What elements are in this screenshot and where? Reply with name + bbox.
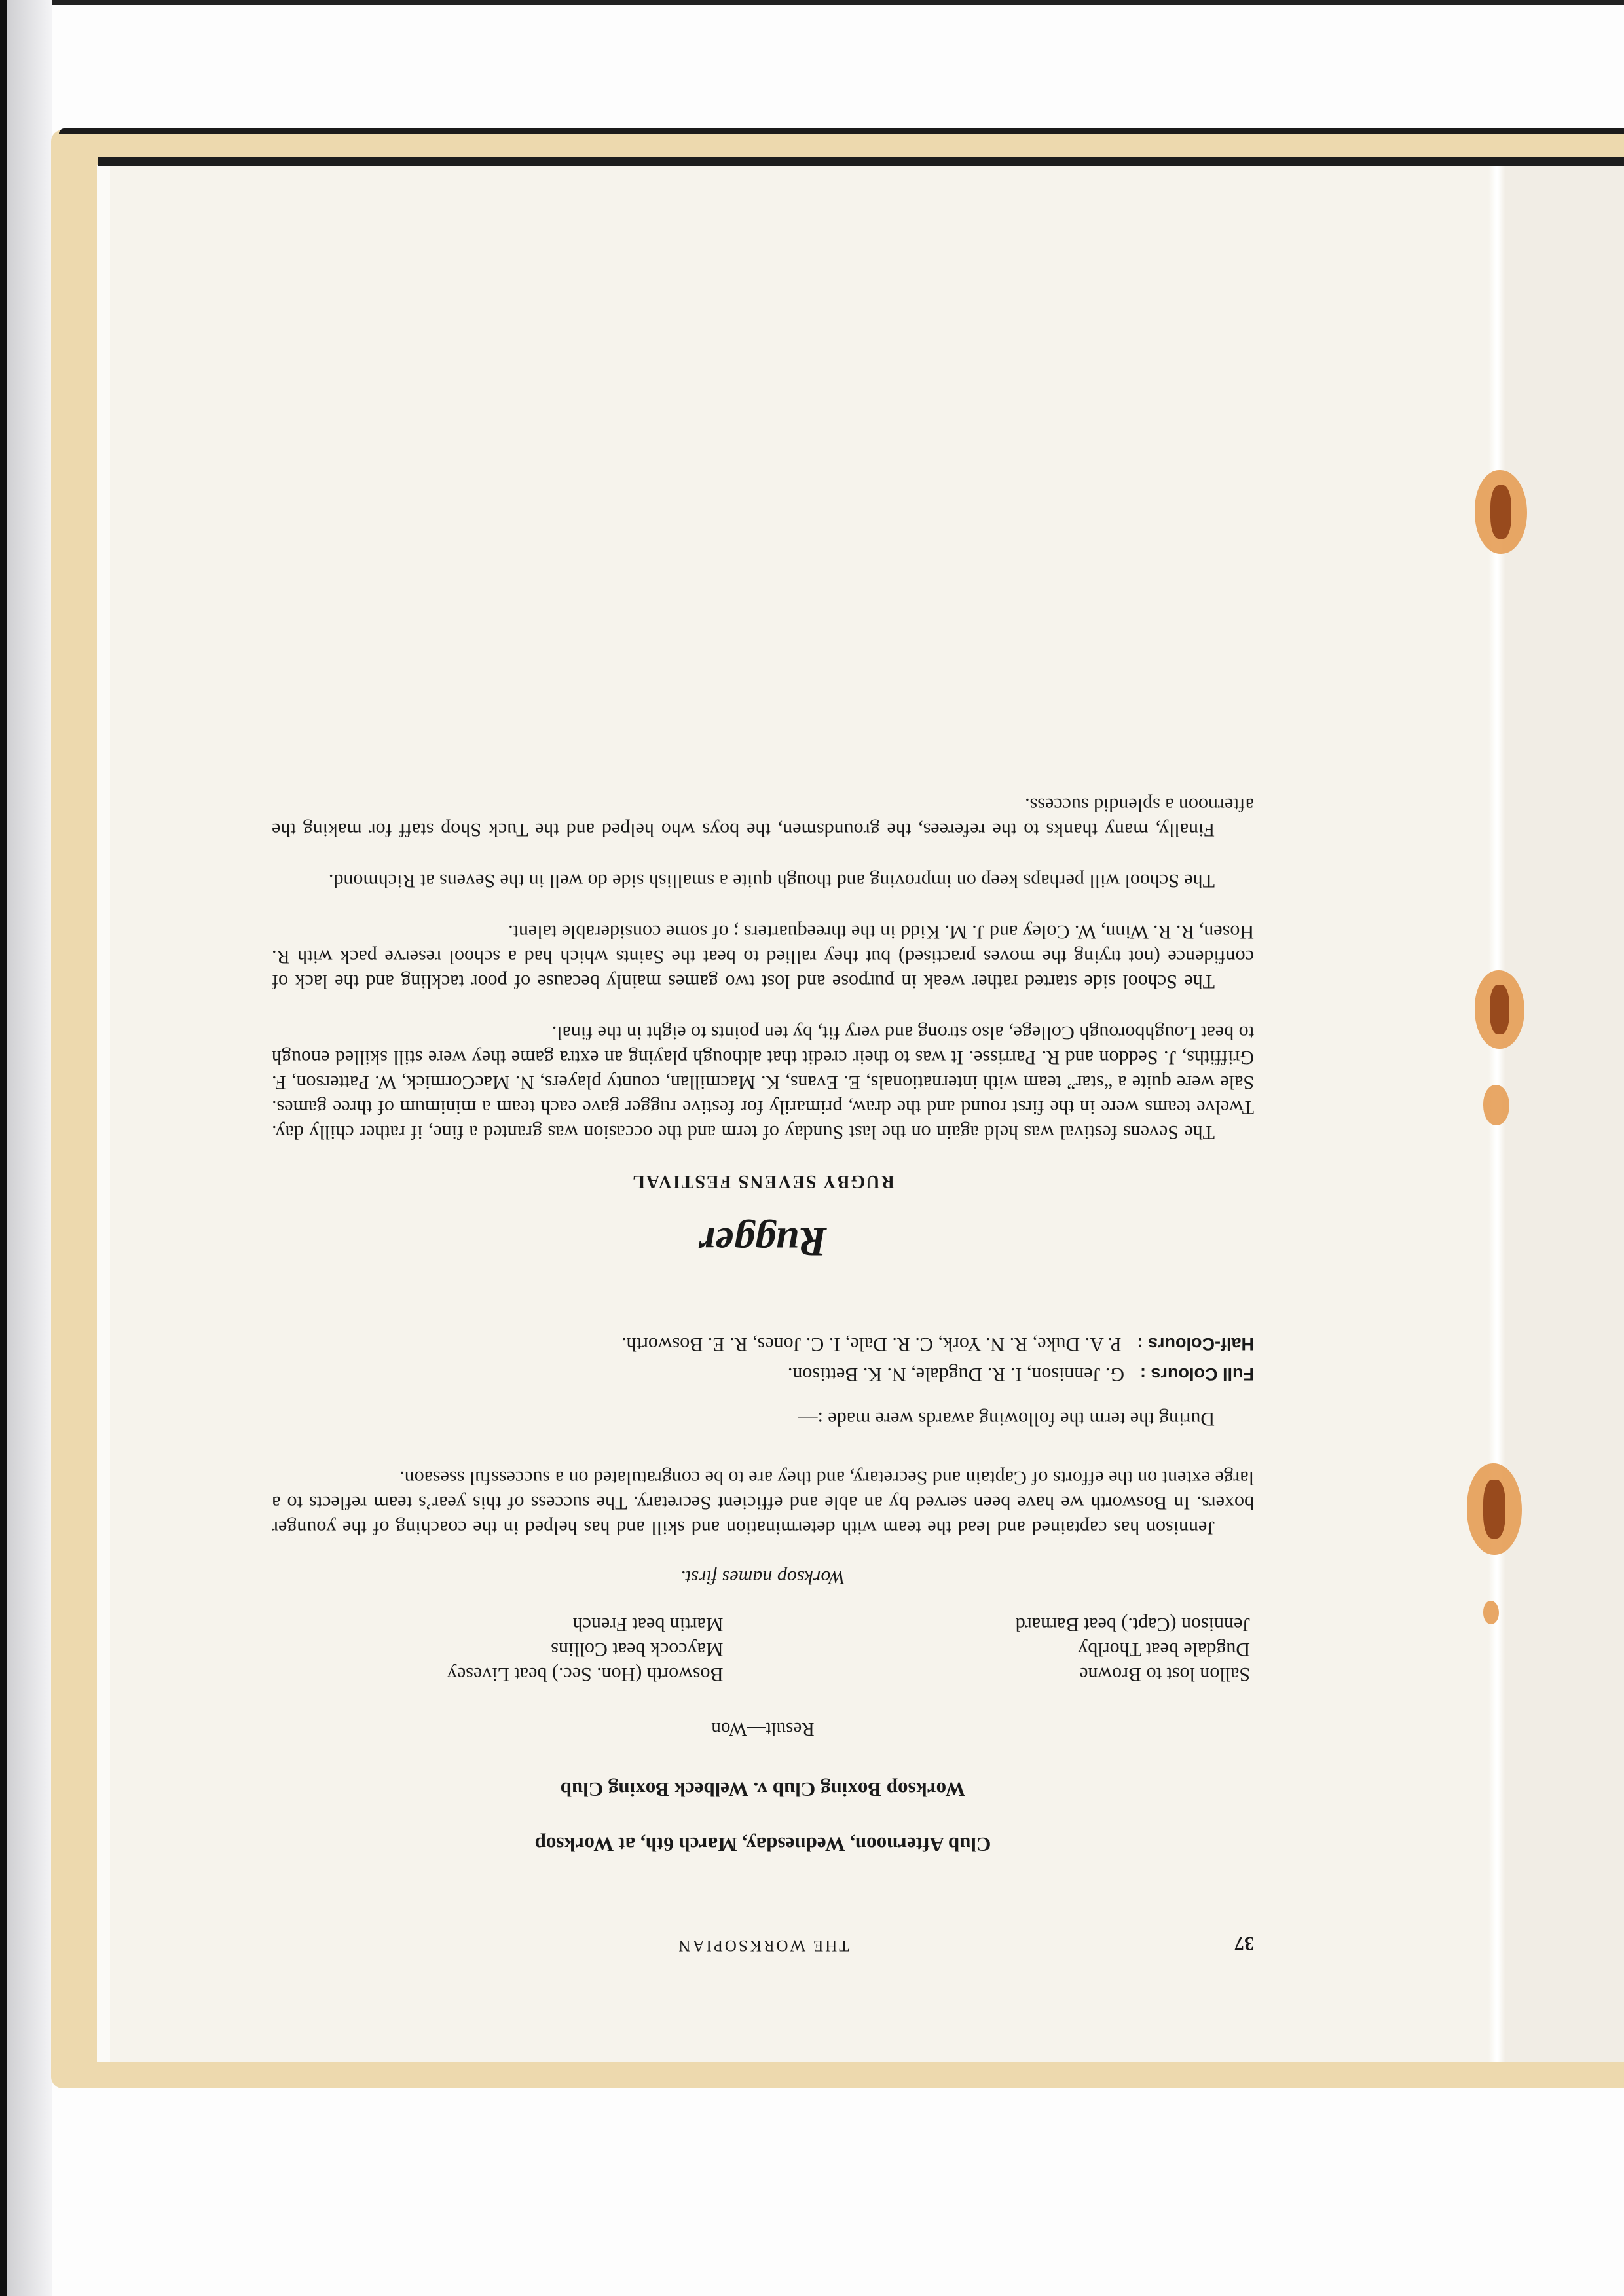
bout-column-right: Bosworth (Hon. Sec.) beat Livesey Maycoc…	[272, 1612, 799, 1686]
bout-result: Maycock beat Collins	[272, 1637, 724, 1662]
facing-page	[1505, 165, 1624, 2062]
page-content-rotated: THE WORKSOPIAN 37 Club Afternoon, Wednes…	[98, 164, 1382, 2062]
bout-result: Bosworth (Hon. Sec.) beat Livesey	[272, 1662, 724, 1686]
boxing-heading: Club Afternoon, Wednesday, March 6th, at…	[272, 1832, 1254, 1856]
award-names: G. Jennison, I. R. Dugdale, N. K. Bettis…	[788, 1362, 1124, 1387]
boxing-note: Worksop names first.	[272, 1566, 1254, 1588]
rust-stain	[1467, 1463, 1522, 1555]
bout-results: Sallon lost to Browne Dugdale beat Thorl…	[272, 1612, 1254, 1686]
bout-result: Sallon lost to Browne	[799, 1662, 1251, 1686]
rugger-paragraph: The School side started rather weak in p…	[272, 919, 1254, 994]
scan-edge	[0, 0, 1624, 5]
award-half-colours: Half-Colours : P. A. Duke, R. N. York, C…	[272, 1332, 1254, 1357]
bout-column-left: Sallon lost to Browne Dugdale beat Thorl…	[799, 1612, 1255, 1686]
boxing-paragraph: Jennison has captained and lead the team…	[272, 1465, 1254, 1540]
scanner-shadow	[7, 0, 52, 2296]
rust-stain	[1483, 1085, 1509, 1125]
rust-stain	[1475, 970, 1524, 1049]
boxing-result: Result—Won	[272, 1718, 1254, 1740]
book-edge-shadow	[59, 128, 1624, 134]
rust-stain	[1475, 470, 1527, 554]
award-label: Half-Colours :	[1137, 1332, 1255, 1357]
page-number: 37	[1234, 1932, 1254, 1954]
rust-stain	[1483, 1601, 1499, 1624]
running-head: THE WORKSOPIAN 37	[272, 1928, 1254, 1954]
award-names: P. A. Duke, R. N. York, C. R. Dale, I. C…	[621, 1332, 1121, 1357]
bout-result: Martin beat French	[272, 1612, 724, 1637]
rugger-title: Rugger	[272, 1218, 1254, 1266]
rugger-subtitle: RUGBY SEVENS FESTIVAL	[272, 1171, 1254, 1192]
bout-result: Jennison (Capt.) beat Barnard	[799, 1612, 1251, 1637]
awards-intro: During the term the following awards wer…	[272, 1406, 1254, 1431]
rugger-paragraph: The School will perhaps keep on improvin…	[272, 868, 1254, 893]
running-head-title: THE WORKSOPIAN	[676, 1937, 849, 1954]
award-full-colours: Full Colours : G. Jennison, I. R. Dugdal…	[272, 1362, 1254, 1387]
bout-result: Dugdale beat Thorlby	[799, 1637, 1251, 1662]
rugger-paragraph: The Sevens festival was held again on th…	[272, 1020, 1254, 1144]
scan-edge	[0, 0, 7, 2296]
award-label: Full Colours :	[1140, 1362, 1254, 1387]
boxing-match: Worksop Boxing Club v. Welbeck Boxing Cl…	[272, 1777, 1254, 1801]
rugger-paragraph: Finally, many thanks to the referees, th…	[272, 792, 1254, 842]
